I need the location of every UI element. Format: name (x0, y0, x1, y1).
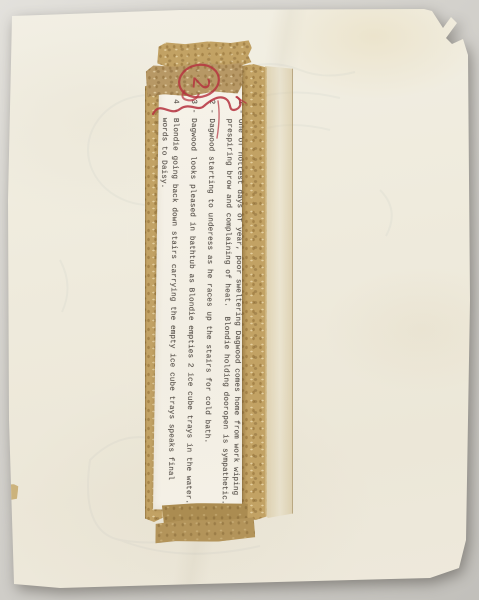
typed-caption-strip: 1 - One of hottest days of year, poor sw… (153, 85, 250, 510)
paper-sheet: 1 - One of hottest days of year, poor sw… (0, 0, 479, 600)
photo-backdrop: 1 - One of hottest days of year, poor sw… (0, 0, 479, 600)
rotated-typewriting: 1 - One of hottest days of year, poor sw… (154, 81, 251, 506)
tape-scrap-left-edge (5, 484, 18, 501)
masking-tape-top-lower (146, 62, 244, 98)
worn-tape-band-right (265, 66, 293, 518)
paper-shadow: 1 - One of hottest days of year, poor sw… (0, 0, 479, 600)
typed-line: 3 - Dagwood looks pleased in bathtub as … (182, 99, 199, 505)
typed-line: 2 - Dagwood starting to underess as he r… (200, 100, 217, 506)
masking-tape-rail-right (242, 64, 267, 520)
